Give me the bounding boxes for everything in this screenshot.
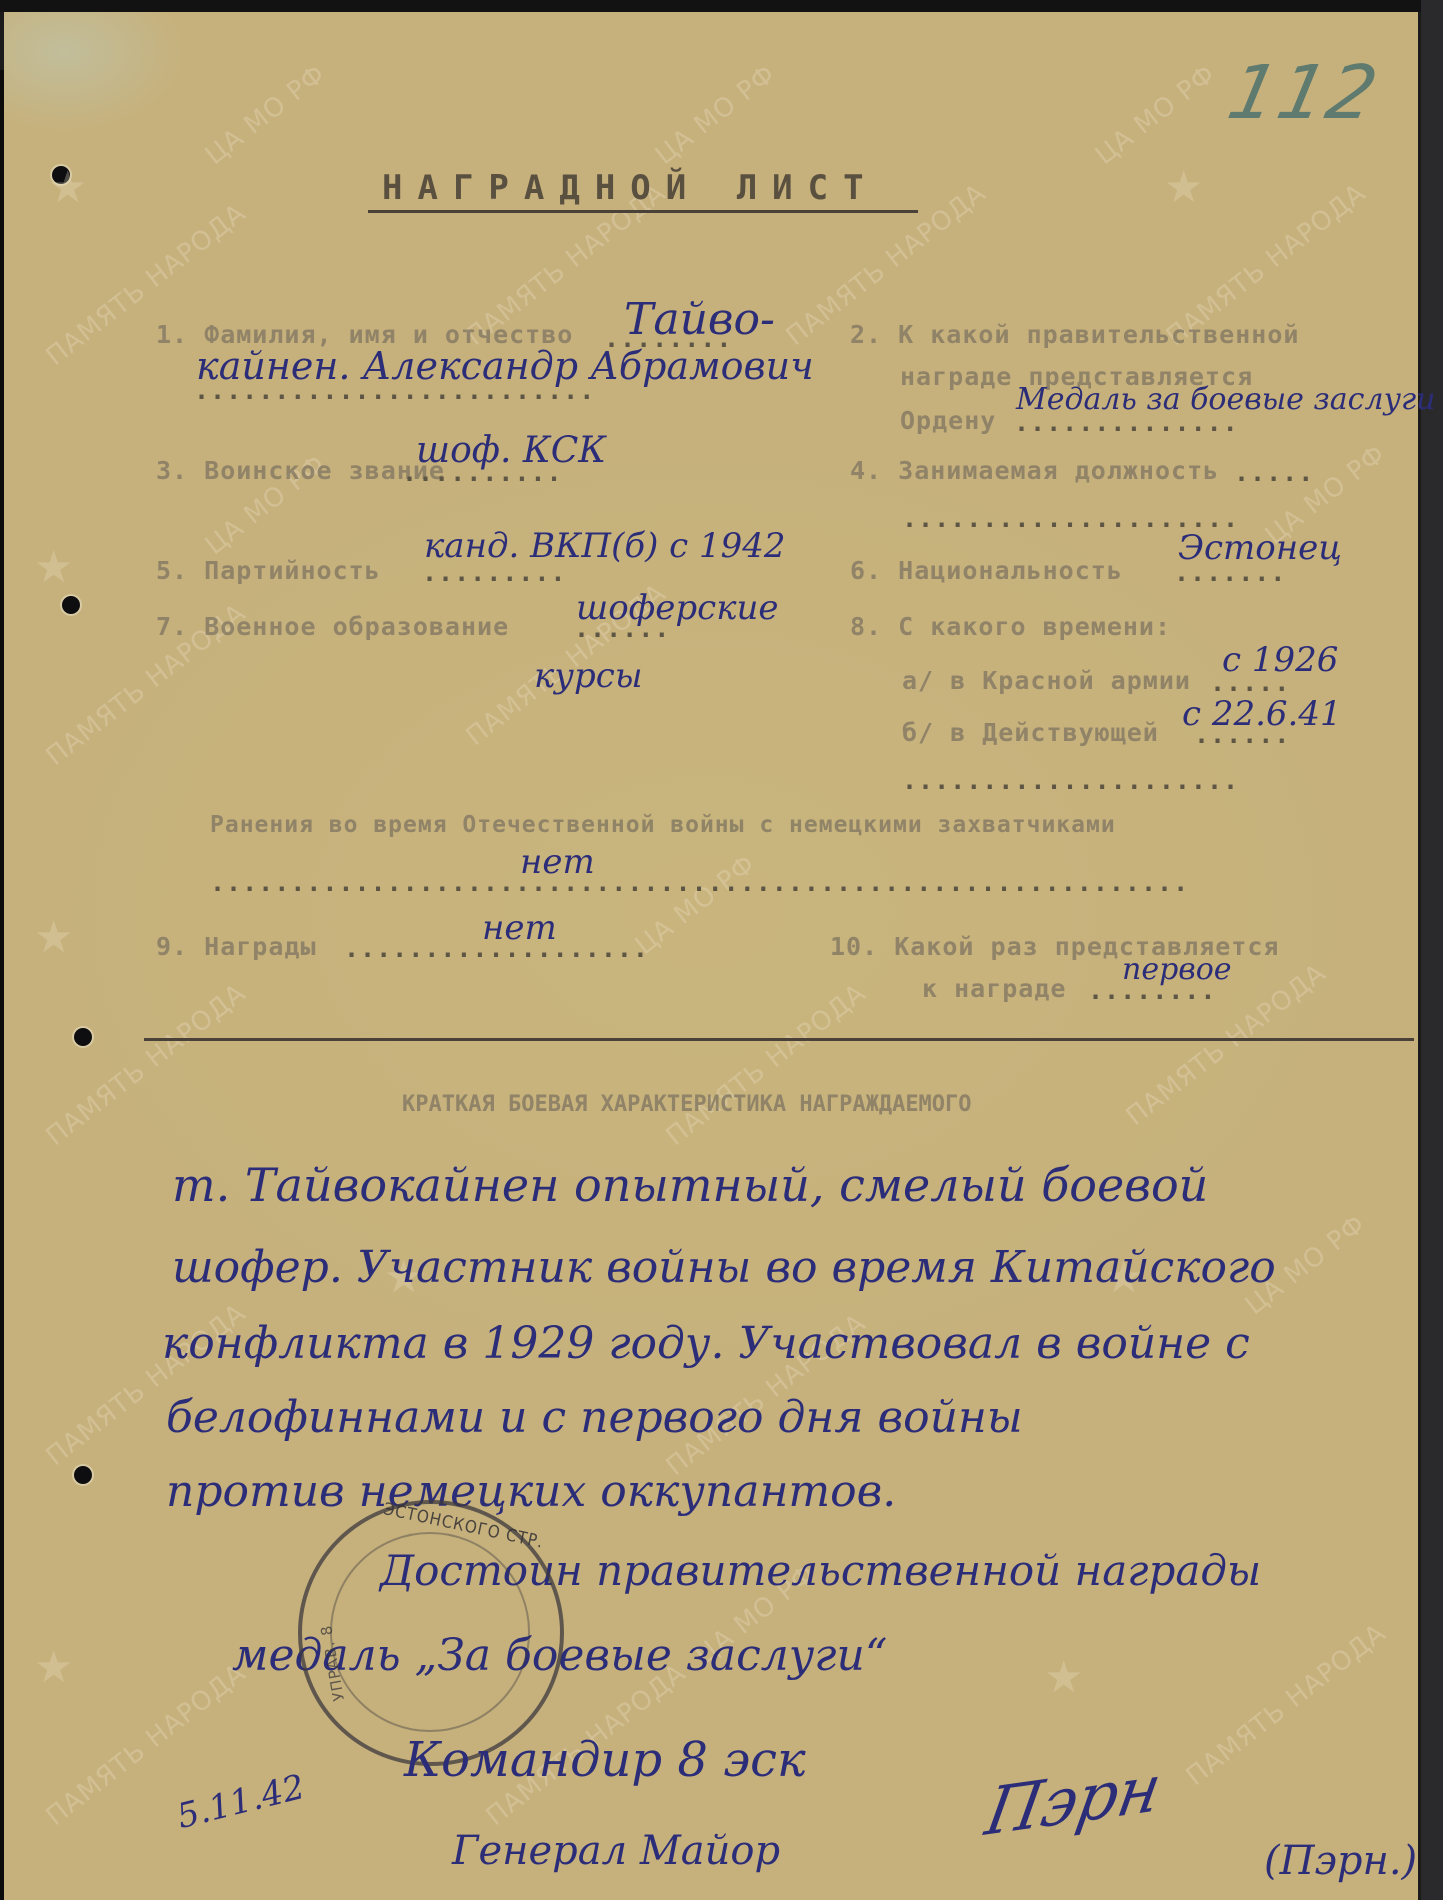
field-8a-label: а/ в Красной армии [902, 666, 1191, 695]
official-stamp: ЭСТОНСКОГО СТР. УПРАВ. 8 [298, 1500, 564, 1766]
signatory-position-line1: Командир 8 эск [404, 1732, 806, 1788]
field-1-value-line2: кайнен. Александр Абрамович [196, 344, 814, 388]
watermark: ПАМЯТЬ НАРОДА [1182, 1620, 1391, 1791]
characteristic-line: шофер. Участник войны во время Китайског… [172, 1242, 1276, 1293]
characteristic-line: белофиннами и с первого дня войны [166, 1392, 1023, 1443]
field-6-label: 6. Национальность [850, 556, 1123, 585]
binder-hole-icon [62, 596, 80, 614]
title-underline [368, 210, 918, 213]
wounds-label: Ранения во время Отечественной войны с н… [210, 812, 1116, 838]
field-8a-value: с 1926 [1222, 640, 1338, 680]
wounds-value: нет [520, 842, 595, 882]
characteristic-line: против немецких оккупантов. [166, 1466, 896, 1517]
signatory-position-line2: Генерал Майор [452, 1828, 780, 1874]
star-watermark-icon: ★ [1164, 162, 1203, 213]
watermark: ПАМЯТЬ НАРОДА [662, 980, 871, 1151]
signature-scrawl: Пэрн [980, 1751, 1167, 1852]
star-watermark-icon: ★ [34, 912, 73, 963]
stamp-inner-ring [330, 1532, 530, 1732]
field-8-label: 8. С какого времени: [850, 612, 1171, 641]
star-watermark-icon: ★ [34, 1642, 73, 1693]
field-10-label-line2: к награде [922, 974, 1066, 1003]
characteristic-line: т. Тайвокайнен опытный, смелый боевой [172, 1158, 1208, 1212]
watermark: ПАМЯТЬ НАРОДА [42, 980, 251, 1151]
star-watermark-icon: ★ [1044, 1652, 1083, 1703]
watermark: ЦА МО РФ [1091, 61, 1220, 170]
field-3-value: шоф. КСК [416, 430, 606, 471]
field-6-value: Эстонец [1178, 528, 1342, 568]
watermark: ЦА МО РФ [201, 61, 330, 170]
field-5-label: 5. Партийность [156, 556, 381, 585]
characteristic-heading: КРАТКАЯ БОЕВАЯ ХАРАКТЕРИСТИКА НАГРАЖДАЕМ… [402, 1092, 972, 1117]
watermark: ЦА МО РФ [651, 61, 780, 170]
field-2-label-line3: Ордену [900, 406, 996, 435]
binder-hole-icon [74, 1466, 92, 1484]
dot-leader: ........................................… [210, 868, 1189, 897]
field-2-value: Медаль за боевые заслуги [1016, 382, 1435, 417]
dot-leader: ..................... [902, 766, 1239, 795]
document-page: ЦА МО РФ ЦА МО РФ ЦА МО РФ ПАМЯТЬ НАРОДА… [4, 12, 1418, 1900]
field-7-label: 7. Военное образование [156, 612, 509, 641]
binder-hole-icon [74, 1028, 92, 1046]
field-8b-value: с 22.6.41 [1182, 694, 1342, 734]
characteristic-line: конфликта в 1929 году. Участвовал в войн… [162, 1318, 1250, 1369]
field-7-value-line2: курсы [534, 656, 643, 696]
document-title: НАГРАДНОЙ ЛИСТ [382, 168, 879, 208]
dot-leader: ..... [1234, 458, 1314, 487]
field-7-value-line1: шоферские [576, 588, 779, 628]
signature-date: 5.11.42 [173, 1767, 309, 1837]
field-9-value: нет [482, 908, 557, 948]
scan-frame-right [1421, 0, 1443, 1900]
field-4-label: 4. Занимаемая должность [850, 456, 1219, 485]
signatory-name: (Пэрн.) [1264, 1838, 1417, 1884]
star-watermark-icon: ★ [34, 542, 73, 593]
field-2-label-line1: 2. К какой правительственной [850, 320, 1299, 349]
field-10-value: первое [1122, 952, 1232, 987]
field-1-value-line1: Тайво- [624, 294, 775, 345]
field-5-value: канд. ВКП(б) с 1942 [424, 526, 786, 566]
scan-frame-top [0, 0, 1443, 12]
field-8b-label: б/ в Действующей [902, 718, 1159, 747]
sheet-number: 112 [1221, 50, 1387, 136]
watermark: ЦА МО РФ [631, 851, 760, 960]
field-9-label: 9. Награды [156, 932, 317, 961]
star-watermark-icon: ★ [48, 162, 87, 213]
section-divider [144, 1038, 1414, 1041]
